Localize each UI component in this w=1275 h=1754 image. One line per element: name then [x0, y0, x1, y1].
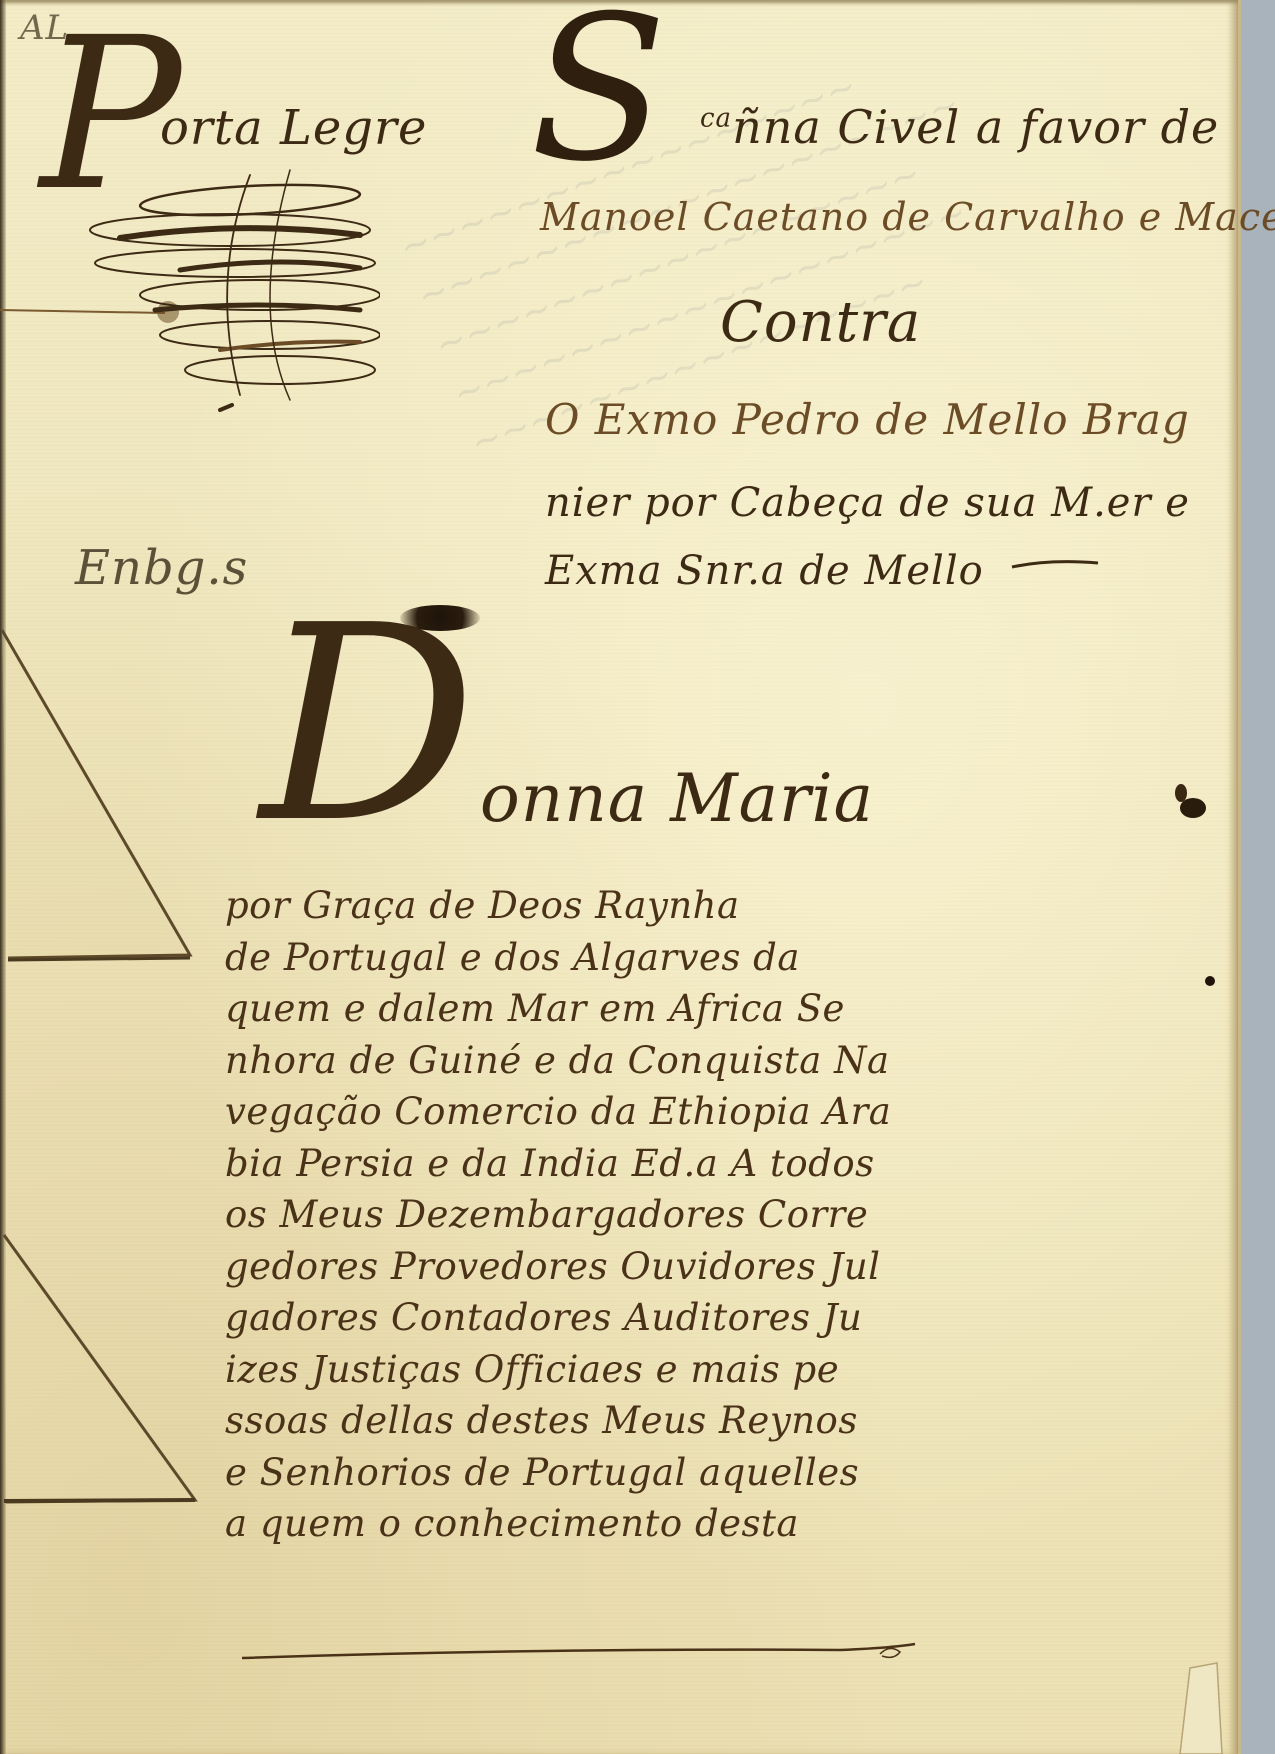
document-body: por Graça de Deos Raynha de Portugal e d… — [225, 880, 1025, 1550]
header-line-defendant-3: Exma Snr.a de Mello — [545, 548, 984, 594]
line-end-dash — [1010, 555, 1100, 575]
header-line-defendant: O Exmo Pedro de Mello Brag — [545, 395, 1190, 444]
closing-underline-flourish — [240, 1640, 920, 1662]
body-line: izes Justiças Officiaes e mais pe — [225, 1344, 1025, 1396]
body-line: gadores Contadores Auditores Ju — [225, 1292, 1025, 1344]
body-line: de Portugal e dos Algarves da — [225, 932, 1025, 984]
body-line: quem e dalem Mar em Africa Se — [225, 983, 1025, 1035]
place-name: orta Legre — [160, 100, 427, 156]
ink-blot — [400, 605, 480, 631]
body-line: e Senhorios de Portugal aquelles — [225, 1447, 1025, 1499]
page-right-edge — [1228, 0, 1238, 1754]
body-line: vegação Comercio da Ethiopia Ara — [225, 1086, 1025, 1138]
body-line: ssoas dellas destes Meus Reynos — [225, 1395, 1025, 1447]
header-initial-letter: S — [530, 0, 667, 190]
opening-words: onna Maria — [480, 760, 874, 837]
body-line: por Graça de Deos Raynha — [225, 880, 1025, 932]
body-line: bia Persia e da India Ed.a A todos — [225, 1138, 1025, 1190]
page-binding-edge — [0, 0, 6, 1754]
header-line-1-text: ñna Civel a favor de — [732, 100, 1219, 154]
header-line-defendant-2: nier por Cabeça de sua M.er e — [545, 480, 1190, 526]
header-superscript: ca — [700, 104, 732, 134]
body-line: gedores Provedores Ouvidores Jul — [225, 1241, 1025, 1293]
calligraphic-flourish — [60, 160, 380, 420]
body-line: a quem o conhecimento desta — [225, 1498, 1025, 1550]
header-line-plaintiff: Manoel Caetano de Carvalho e Macedo — [540, 195, 1275, 239]
margin-note: Enbg.s — [75, 540, 248, 596]
body-line: nhora de Guiné e da Conquista Na — [225, 1035, 1025, 1087]
header-line-sentenca: cañna Civel a favor de — [700, 100, 1219, 154]
body-line: os Meus Dezembargadores Corre — [225, 1189, 1025, 1241]
header-contra: Contra — [720, 290, 921, 355]
